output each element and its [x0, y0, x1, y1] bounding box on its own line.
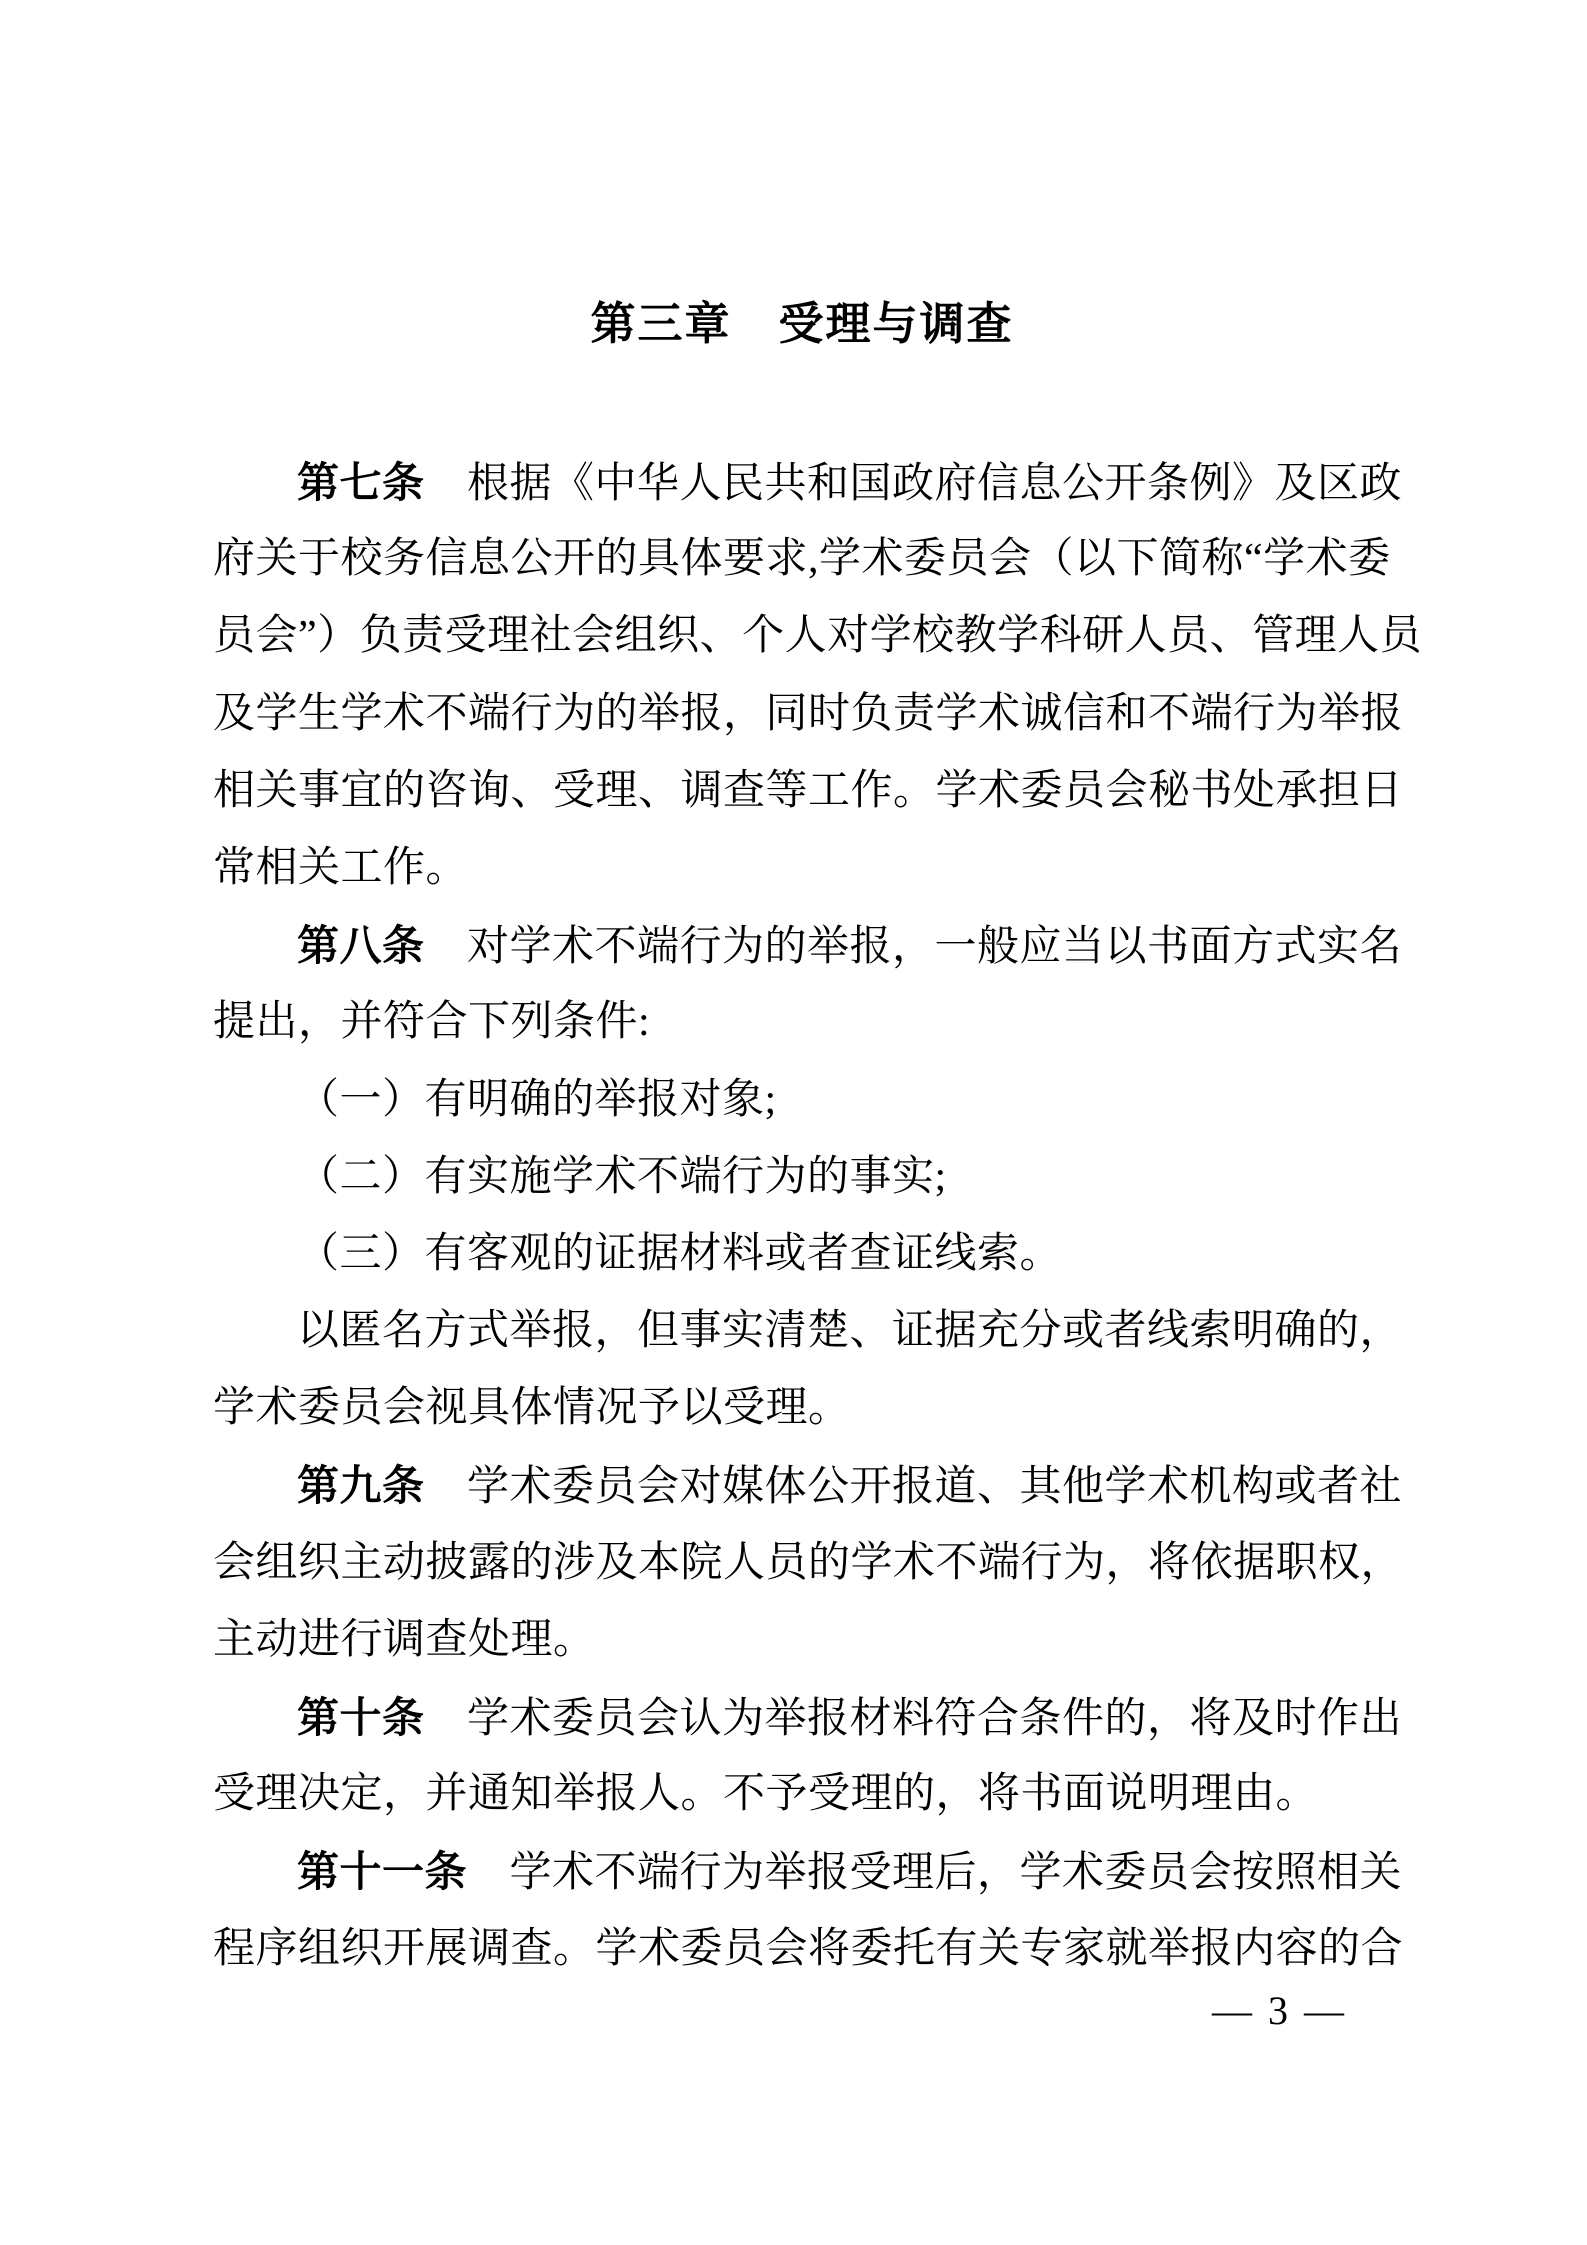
paragraph: 第九条 学术委员会对媒体公开报道、其他学术机构或者社会组织主动披露的涉及本院人员…	[213, 1447, 1391, 1679]
text-line: 受理决定，并通知举报人。不予受理的，将书面说明理由。	[213, 1756, 1391, 1833]
text-line: 第九条 学术委员会对媒体公开报道、其他学术机构或者社	[213, 1447, 1391, 1524]
text-line: 以匿名方式举报，但事实清楚、证据充分或者线索明确的，	[213, 1293, 1391, 1370]
text-line: （一）有明确的举报对象;	[213, 1062, 1391, 1139]
paragraph: 第七条 根据《中华人民共和国政府信息公开条例》及区政府关于校务信息公开的具体要求…	[213, 444, 1391, 907]
article-number: 第九条	[297, 1462, 425, 1509]
text-line: （二）有实施学术不端行为的事实;	[213, 1139, 1391, 1216]
paragraph: 以匿名方式举报，但事实清楚、证据充分或者线索明确的，学术委员会视具体情况予以受理…	[213, 1293, 1391, 1447]
text-line: 府关于校务信息公开的具体要求,学术委员会（以下简称“学术委	[213, 521, 1391, 598]
paragraph: 第八条 对学术不端行为的举报，一般应当以书面方式实名提出，并符合下列条件:	[213, 907, 1391, 1061]
text-line: （三）有客观的证据材料或者查证线索。	[213, 1216, 1391, 1293]
text-line: 相关事宜的咨询、受理、调查等工作。学术委员会秘书处承担日	[213, 753, 1391, 830]
text-line: 会组织主动披露的涉及本院人员的学术不端行为，将依据职权，	[213, 1525, 1391, 1602]
article-number: 第十条	[297, 1694, 425, 1741]
paragraph: （三）有客观的证据材料或者查证线索。	[213, 1216, 1391, 1293]
text-line: 及学生学术不端行为的举报，同时负责学术诚信和不端行为举报	[213, 676, 1391, 753]
chapter-title: 第三章 受理与调查	[213, 292, 1391, 356]
text-line: 第十一条 学术不端行为举报受理后，学术委员会按照相关	[213, 1833, 1391, 1910]
text-line: 第十条 学术委员会认为举报材料符合条件的，将及时作出	[213, 1679, 1391, 1756]
article-number: 第十一条	[297, 1848, 467, 1895]
text-line: 学术委员会视具体情况予以受理。	[213, 1370, 1391, 1447]
text-line: 主动进行调查处理。	[213, 1602, 1391, 1679]
article-number: 第七条	[297, 459, 425, 506]
text-line: 员会”）负责受理社会组织、个人对学校教学科研人员、管理人员	[213, 598, 1391, 675]
page-number: — 3 —	[1212, 1983, 1347, 2039]
paragraph: 第十一条 学术不端行为举报受理后，学术委员会按照相关程序组织开展调查。学术委员会…	[213, 1833, 1391, 1987]
document-page: 第三章 受理与调查 第七条 根据《中华人民共和国政府信息公开条例》及区政府关于校…	[0, 0, 1587, 2245]
document-body: 第七条 根据《中华人民共和国政府信息公开条例》及区政府关于校务信息公开的具体要求…	[213, 444, 1391, 1988]
paragraph: 第十条 学术委员会认为举报材料符合条件的，将及时作出受理决定，并通知举报人。不予…	[213, 1679, 1391, 1833]
text-line: 第七条 根据《中华人民共和国政府信息公开条例》及区政	[213, 444, 1391, 521]
text-line: 常相关工作。	[213, 830, 1391, 907]
text-line: 提出，并符合下列条件:	[213, 984, 1391, 1061]
paragraph: （二）有实施学术不端行为的事实;	[213, 1139, 1391, 1216]
text-line: 程序组织开展调查。学术委员会将委托有关专家就举报内容的合	[213, 1911, 1391, 1988]
article-number: 第八条	[297, 922, 425, 969]
paragraph: （一）有明确的举报对象;	[213, 1062, 1391, 1139]
text-line: 第八条 对学术不端行为的举报，一般应当以书面方式实名	[213, 907, 1391, 984]
